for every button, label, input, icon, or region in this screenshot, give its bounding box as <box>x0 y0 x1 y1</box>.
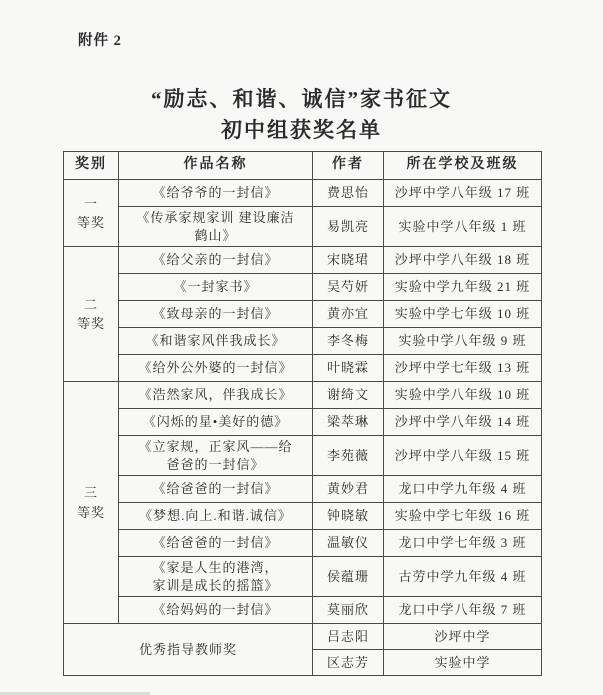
award-label-line: 等奖 <box>67 213 115 233</box>
table-row: 三 等奖 《浩然家风，伴我成长》 谢绮文 实验中学八年级 10 班 <box>64 382 542 409</box>
school-cell: 实验中学九年级 21 班 <box>384 274 542 301</box>
author-cell: 侯蕴珊 <box>313 557 384 597</box>
table-row: 《给爸爸的一封信》 温敏仪 龙口中学七年级 3 班 <box>64 530 542 557</box>
author-cell: 钟晓敏 <box>313 503 384 530</box>
school-cell: 沙坪中学八年级 18 班 <box>384 247 542 274</box>
author-cell: 宋晓珺 <box>313 247 384 274</box>
award-label-line: 等奖 <box>67 314 115 334</box>
school-cell: 龙口中学七年级 3 班 <box>384 530 542 557</box>
award-label-line: 一 <box>67 194 115 214</box>
award-label-line: 三 <box>67 483 115 503</box>
col-header-award: 奖别 <box>64 152 119 180</box>
table-row: 《一封家书》 吴芍妍 实验中学九年级 21 班 <box>64 274 542 301</box>
document-title-line2: 初中组获奖名单 <box>0 115 603 146</box>
table-row: 《梦想.向上.和谐.诚信》 钟晓敏 实验中学七年级 16 班 <box>64 503 542 530</box>
work-title-cell: 《传承家规家训 建设廉洁 鹤山》 <box>119 207 313 247</box>
table-row: 《和谐家风伴我成长》 李冬梅 实验中学八年级 9 班 <box>64 328 542 355</box>
col-header-school: 所在学校及班级 <box>384 152 542 180</box>
table-row: 《给爸爸的一封信》 黄妙君 龙口中学九年级 4 班 <box>64 476 542 503</box>
teacher-school-cell: 沙坪中学 <box>384 624 542 650</box>
awards-table: 奖别 作品名称 作者 所在学校及班级 一 等奖 《给爷爷的一封信》 费思怡 沙坪… <box>63 151 542 676</box>
work-title-cell: 《家是人生的港湾， 家训是成长的摇篮》 <box>119 557 313 597</box>
work-title-cell: 《给外公外婆的一封信》 <box>119 355 313 382</box>
author-cell: 易凯亮 <box>313 207 384 247</box>
author-cell: 费思怡 <box>313 180 384 207</box>
table-row: 《给妈妈的一封信》 莫丽欣 龙口中学八年级 7 班 <box>64 597 542 624</box>
award-group-first-prize: 一 等奖 <box>64 180 119 247</box>
school-cell: 实验中学八年级 9 班 <box>384 328 542 355</box>
table-row: 一 等奖 《给爷爷的一封信》 费思怡 沙坪中学八年级 17 班 <box>64 180 542 207</box>
school-cell: 龙口中学八年级 7 班 <box>384 597 542 624</box>
author-cell: 梁萃琳 <box>313 409 384 436</box>
school-cell: 实验中学八年级 1 班 <box>384 207 542 247</box>
table-row: 《立家规，正家风——给 爸爸的一封信》 李苑薇 沙坪中学八年级 15 班 <box>64 436 542 476</box>
work-title-cell: 《给父亲的一封信》 <box>119 247 313 274</box>
work-title-cell: 《梦想.向上.和谐.诚信》 <box>119 503 313 530</box>
school-cell: 沙坪中学七年级 13 班 <box>384 355 542 382</box>
scanned-document-page: { "colors": { "paper": "#f8f8f6", "ink":… <box>0 0 603 695</box>
school-cell: 实验中学七年级 16 班 <box>384 503 542 530</box>
author-cell: 黄亦宜 <box>313 301 384 328</box>
school-cell: 龙口中学九年级 4 班 <box>384 476 542 503</box>
school-cell: 实验中学七年级 10 班 <box>384 301 542 328</box>
award-group-second-prize: 二 等奖 <box>64 247 119 382</box>
award-label-line: 二 <box>67 295 115 315</box>
table-row: 《家是人生的港湾， 家训是成长的摇篮》 侯蕴珊 古劳中学九年级 4 班 <box>64 557 542 597</box>
work-title-cell: 《立家规，正家风——给 爸爸的一封信》 <box>119 436 313 476</box>
table-row: 《致母亲的一封信》 黄亦宜 实验中学七年级 10 班 <box>64 301 542 328</box>
work-title-cell: 《给爷爷的一封信》 <box>119 180 313 207</box>
table-row: 优秀指导教师奖 吕志阳 沙坪中学 <box>64 624 542 650</box>
work-title-cell: 《浩然家风，伴我成长》 <box>119 382 313 409</box>
table-row: 《传承家规家训 建设廉洁 鹤山》 易凯亮 实验中学八年级 1 班 <box>64 207 542 247</box>
attachment-label: 附件 2 <box>78 29 122 50</box>
work-title-cell: 《给妈妈的一封信》 <box>119 597 313 624</box>
document-title: “励志、和谐、诚信”家书征文 初中组获奖名单 <box>0 84 603 146</box>
author-cell: 黄妙君 <box>313 476 384 503</box>
table-row: 二 等奖 《给父亲的一封信》 宋晓珺 沙坪中学八年级 18 班 <box>64 247 542 274</box>
teacher-name-cell: 吕志阳 <box>313 624 384 650</box>
school-cell: 沙坪中学八年级 15 班 <box>384 436 542 476</box>
teacher-school-cell: 实验中学 <box>384 650 542 676</box>
school-cell: 沙坪中学八年级 14 班 <box>384 409 542 436</box>
teacher-award-label-cell: 优秀指导教师奖 <box>64 624 313 676</box>
col-header-title: 作品名称 <box>119 152 313 180</box>
author-cell: 叶晓霖 <box>313 355 384 382</box>
school-cell: 沙坪中学八年级 17 班 <box>384 180 542 207</box>
author-cell: 谢绮文 <box>313 382 384 409</box>
work-title-cell: 《给爸爸的一封信》 <box>119 530 313 557</box>
author-cell: 莫丽欣 <box>313 597 384 624</box>
author-cell: 吴芍妍 <box>313 274 384 301</box>
work-title-cell: 《一封家书》 <box>119 274 313 301</box>
col-header-author: 作者 <box>313 152 384 180</box>
work-title-cell: 《给爸爸的一封信》 <box>119 476 313 503</box>
table-row: 《闪烁的星•美好的德》 梁萃琳 沙坪中学八年级 14 班 <box>64 409 542 436</box>
author-cell: 李苑薇 <box>313 436 384 476</box>
teacher-name-cell: 区志芳 <box>313 650 384 676</box>
work-title-cell: 《闪烁的星•美好的德》 <box>119 409 313 436</box>
school-cell: 古劳中学九年级 4 班 <box>384 557 542 597</box>
award-group-third-prize: 三 等奖 <box>64 382 119 624</box>
table-row: 《给外公外婆的一封信》 叶晓霖 沙坪中学七年级 13 班 <box>64 355 542 382</box>
table-header-row: 奖别 作品名称 作者 所在学校及班级 <box>64 152 542 180</box>
award-label-line: 等奖 <box>67 503 115 523</box>
school-cell: 实验中学八年级 10 班 <box>384 382 542 409</box>
document-title-line1: “励志、和谐、诚信”家书征文 <box>0 84 603 115</box>
author-cell: 李冬梅 <box>313 328 384 355</box>
work-title-cell: 《致母亲的一封信》 <box>119 301 313 328</box>
work-title-cell: 《和谐家风伴我成长》 <box>119 328 313 355</box>
author-cell: 温敏仪 <box>313 530 384 557</box>
